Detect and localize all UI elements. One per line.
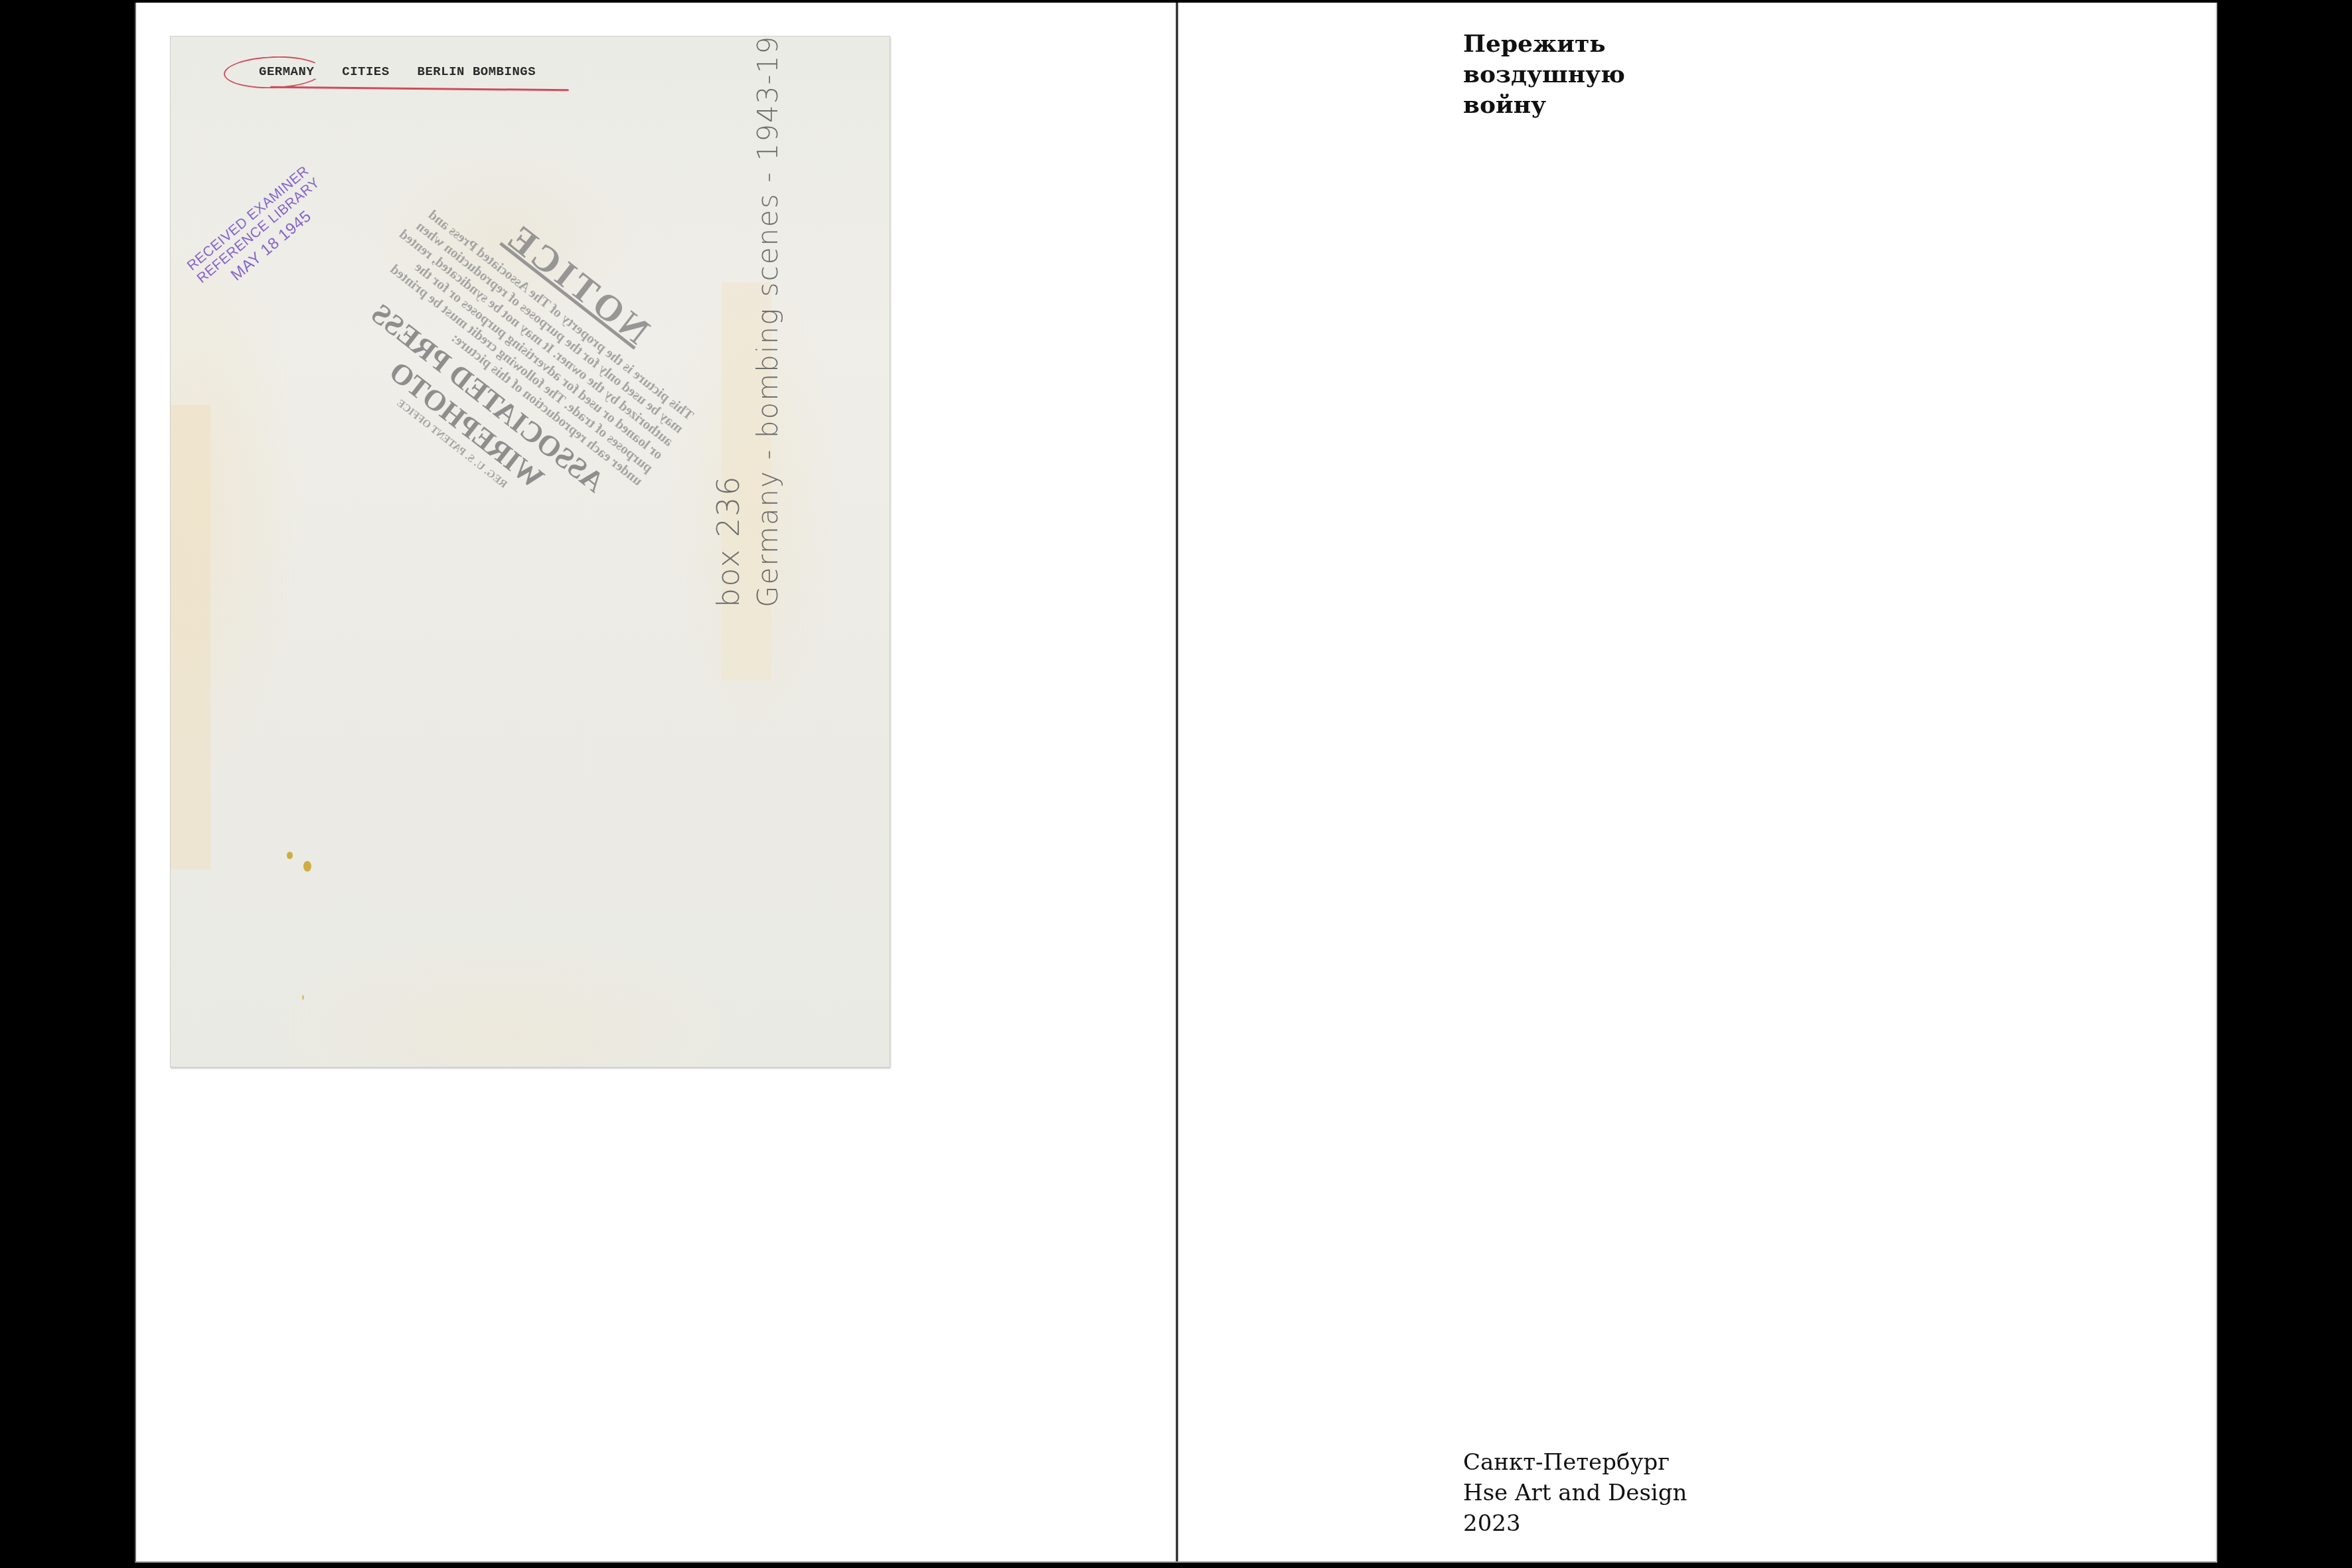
title-line: войну: [1463, 90, 1625, 120]
imprint-city: Санкт-Петербург: [1463, 1447, 1687, 1478]
title-line: воздушную: [1463, 59, 1625, 90]
stain-spot: [302, 995, 304, 1000]
archival-photo-reverse: GERMANY CITIES BERLIN BOMBINGS RECEIVED …: [170, 36, 890, 1067]
notice-stamp: NOTICE This picture is the property of T…: [312, 161, 726, 555]
book-spread: GERMANY CITIES BERLIN BOMBINGS RECEIVED …: [135, 3, 2217, 1563]
imprint: Санкт-Петербург Hse Art and Design 2023: [1463, 1447, 1687, 1539]
book-title: Пережить воздушную войну: [1463, 29, 1625, 120]
pencil-annotation: box 236 Germany - bombing scenes - 1943-…: [708, 36, 788, 607]
pencil-line: box 236: [708, 36, 748, 607]
imprint-year: 2023: [1463, 1508, 1687, 1539]
left-page: GERMANY CITIES BERLIN BOMBINGS RECEIVED …: [136, 3, 1177, 1561]
paper-stain: [171, 405, 210, 870]
imprint-publisher: Hse Art and Design: [1463, 1478, 1687, 1508]
stamp-line: REFERENCE LIBRARY: [194, 175, 323, 286]
received-stamp: RECEIVED EXAMINER REFERENCE LIBRARY MAY …: [184, 163, 336, 302]
red-pencil-underline: [270, 86, 569, 92]
right-page: [1178, 3, 2217, 1561]
typed-index-label: GERMANY CITIES BERLIN BOMBINGS: [259, 64, 556, 79]
index-category: CITIES: [342, 64, 389, 79]
stain-spot: [303, 861, 311, 872]
index-subject: BERLIN BOMBINGS: [418, 64, 536, 79]
title-line: Пережить: [1463, 29, 1625, 59]
pencil-line: Germany - bombing scenes - 1943-1944: [748, 36, 788, 607]
index-country: GERMANY: [259, 64, 314, 79]
stain-spot: [287, 852, 293, 859]
